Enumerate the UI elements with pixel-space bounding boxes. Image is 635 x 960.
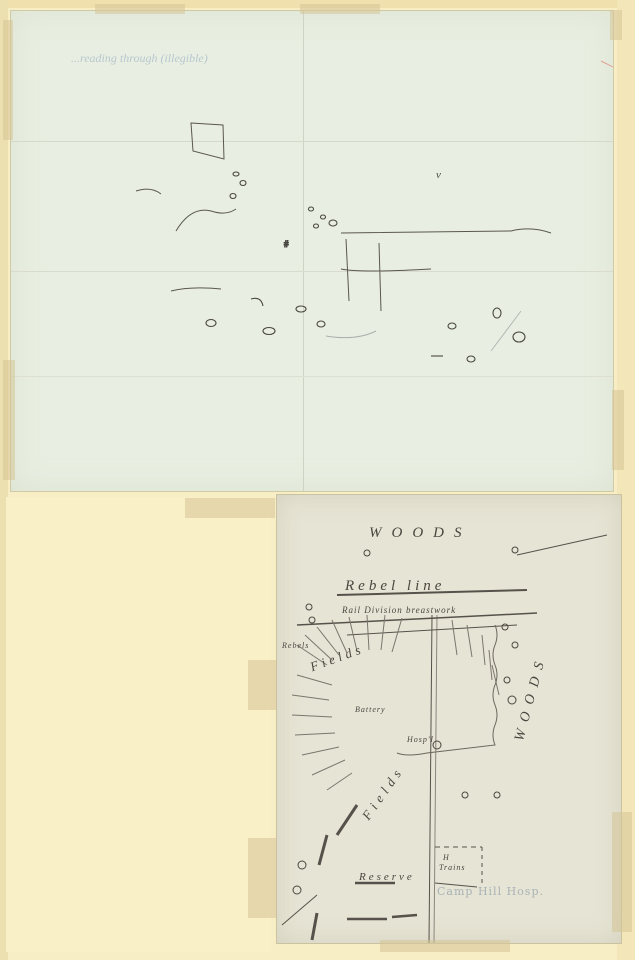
label-rail-division: Rail Division breastwork [342, 605, 456, 615]
lower-battle-map-sheet: WOODS Rebel line Rail Division breastwor… [276, 494, 622, 944]
label-rebels: Rebels [282, 641, 309, 650]
upper-pencil-sketch: # [11, 11, 613, 491]
label-trains-prefix: H [443, 853, 450, 862]
tape-strip [612, 812, 632, 932]
upper-sketch-sheet: ...reading through (illegible) v [10, 10, 614, 492]
lower-pencil-sketch [277, 495, 621, 943]
tape-strip [3, 360, 15, 480]
tape-strip [185, 498, 275, 518]
label-woods-top: WOODS [369, 525, 472, 542]
label-battery: Battery [355, 705, 386, 714]
label-rebel-line: Rebel line [345, 578, 445, 595]
tape-strip [248, 660, 276, 710]
tape-strip [380, 940, 510, 952]
tape-strip [612, 390, 624, 470]
tape-strip [95, 4, 185, 14]
tape-strip [300, 4, 380, 14]
label-hospital: Hosp'l [407, 735, 434, 744]
tape-strip [248, 838, 276, 918]
tape-strip [610, 10, 622, 40]
label-trains: Trains [439, 863, 465, 872]
bleed-through-stamp: Camp Hill Hosp. [437, 885, 544, 898]
label-reserve: Reserve [359, 871, 415, 883]
tape-strip [3, 20, 13, 140]
blank-mount-area [6, 497, 271, 952]
svg-text:#: # [284, 239, 289, 249]
